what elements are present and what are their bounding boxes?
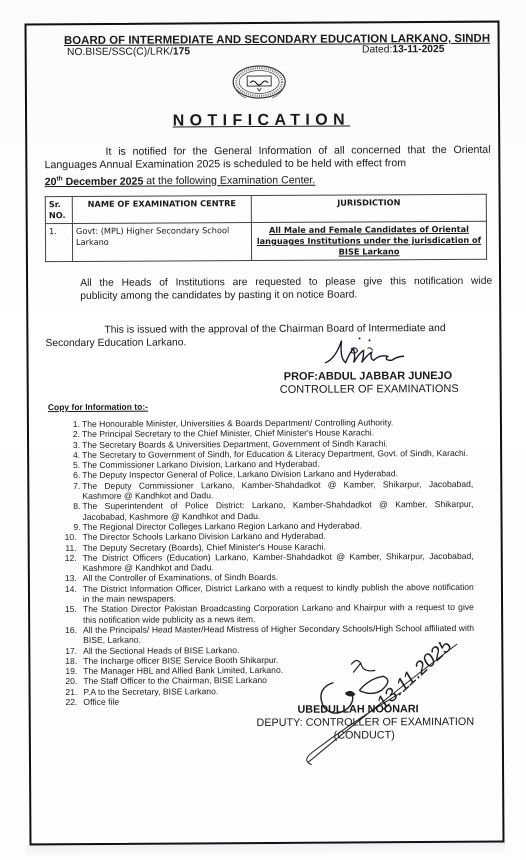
list-item-text: The Superintendent of Police District: L…	[82, 499, 473, 521]
controller-designation: CONTROLLER OF EXAMINATIONS	[280, 383, 459, 396]
list-item-text: All the Controller of Examinations, of S…	[83, 572, 278, 583]
list-item-text: The Deputy Commissioner Larkano, Kamber-…	[82, 479, 473, 501]
list-item-text: All the Sectional Heads of BISE Larkano.	[83, 645, 239, 656]
header-centre-name: NAME OF EXAMINATION CENTRE	[72, 196, 251, 224]
heads-instruction-paragraph: All the Heads of Institutions are reques…	[80, 275, 492, 303]
list-item-text: The Incharge officer BISE Service Booth …	[83, 655, 278, 666]
list-item-text: The District Officers (Education) Larkan…	[83, 551, 474, 573]
approval-line-1: This is issued with the approval of the …	[45, 322, 491, 337]
document-page: BOARD OF INTERMEDIATE AND SECONDARY EDUC…	[0, 0, 526, 860]
list-item-number: 1.	[68, 419, 80, 429]
list-item-text: P.A to the Secretary, BISE Larkano.	[83, 686, 218, 697]
cell-centre-name: Govt: (MPL) Higher Secondary School Lark…	[72, 223, 251, 262]
issue-date: Dated:13-11-2025	[362, 44, 445, 55]
intro-tail: at the following Examination Center.	[143, 174, 315, 187]
date-label: Dated:	[362, 44, 392, 55]
list-item-text: Office file	[83, 697, 119, 707]
document-content: BOARD OF INTERMEDIATE AND SECONDARY EDUC…	[0, 0, 526, 860]
reference-prefix: NO.BISE/SSC(C)/LRK/	[67, 46, 173, 58]
list-item-number: 12.	[65, 553, 77, 563]
date-rest: December 2025	[63, 175, 144, 187]
list-item: 8.The Superintendent of Police District:…	[70, 499, 473, 522]
list-item-number: 21.	[65, 687, 77, 697]
notification-title: NOTIFICATION	[0, 111, 524, 132]
reference-number: NO.BISE/SSC(C)/LRK/175	[67, 46, 190, 58]
controller-signature-icon	[321, 332, 411, 370]
table-row: 1. Govt: (MPL) Higher Secondary School L…	[45, 221, 486, 261]
date-day: 20	[45, 176, 57, 188]
approval-line-2: Secondary Education Larkano.	[46, 335, 492, 350]
cell-jurisdiction: All Male and Female Candidates of Orient…	[251, 221, 486, 260]
list-item: 14.The District Information Officer, Dis…	[71, 582, 474, 605]
date-value: 13-11-2025	[392, 44, 444, 55]
list-item-text: The Station Director Pakistan Broadcasti…	[83, 602, 474, 624]
list-item-number: 19.	[65, 666, 77, 676]
list-item-number: 9.	[68, 522, 80, 532]
list-item-number: 20.	[65, 676, 77, 686]
list-item-number: 15.	[65, 604, 77, 614]
header-jurisdiction: JURISDICTION	[251, 194, 486, 222]
deputy-controller-sub-designation: (CONDUCT)	[334, 729, 395, 741]
list-item: 7.The Deputy Commissioner Larkano, Kambe…	[70, 479, 473, 502]
list-item-number: 22.	[65, 697, 77, 707]
list-item-number: 7.	[68, 481, 80, 491]
copy-to-heading: Copy for Information to:-	[48, 402, 148, 413]
table-header-row: Sr. NO. NAME OF EXAMINATION CENTRE JURIS…	[45, 194, 486, 223]
intro-line-3: 20th December 2025 at the following Exam…	[45, 170, 491, 189]
list-item-number: 3.	[68, 440, 80, 450]
heads-line-2: publicity among the candidates by pastin…	[80, 288, 492, 303]
heads-line-1: All the Heads of Institutions are reques…	[80, 275, 492, 290]
list-item-number: 17.	[65, 645, 77, 655]
header-sr-no: Sr. NO.	[45, 196, 72, 223]
list-item-number: 2.	[68, 429, 80, 439]
list-item-number: 18.	[65, 656, 77, 666]
list-item-number: 5.	[68, 460, 80, 470]
list-item: 12.The District Officers (Education) Lar…	[71, 551, 474, 574]
deputy-controller-name: UBEDULLAH NOONARI	[297, 703, 418, 716]
list-item-number: 6.	[68, 470, 80, 480]
list-item-text: The District Information Officer, Distri…	[83, 582, 474, 604]
exam-start-date: 20th December 2025	[45, 175, 144, 188]
controller-name: PROF:ABDUL JABBAR JUNEJO	[284, 370, 453, 383]
list-item-number: 16.	[65, 625, 77, 635]
list-item-number: 13.	[65, 573, 77, 583]
approval-paragraph: This is issued with the approval of the …	[45, 322, 491, 350]
list-item-text: The Manager HBL and Allied Bank Limited,…	[83, 665, 283, 676]
list-item-number: 11.	[65, 543, 77, 553]
deputy-controller-designation: DEPUTY: CONTROLLER OF EXAMINATION	[257, 716, 475, 729]
intro-paragraph: It is notified for the General Informati…	[45, 144, 491, 189]
examination-centre-table: Sr. NO. NAME OF EXAMINATION CENTRE JURIS…	[45, 194, 487, 262]
board-seal-icon	[230, 63, 288, 101]
list-item-number: 10.	[65, 532, 77, 542]
intro-line-1: It is notified for the General Informati…	[45, 144, 491, 159]
list-item-number: 14.	[65, 584, 77, 594]
list-item: 15.The Station Director Pakistan Broadca…	[71, 602, 474, 625]
list-item-text: The Staff Officer to the Chairman, BISE …	[83, 675, 267, 686]
list-item-number: 4.	[68, 450, 80, 460]
list-item-number: 8.	[68, 501, 80, 511]
cell-sr-no: 1.	[45, 223, 72, 261]
reference-serial: 175	[173, 46, 190, 57]
